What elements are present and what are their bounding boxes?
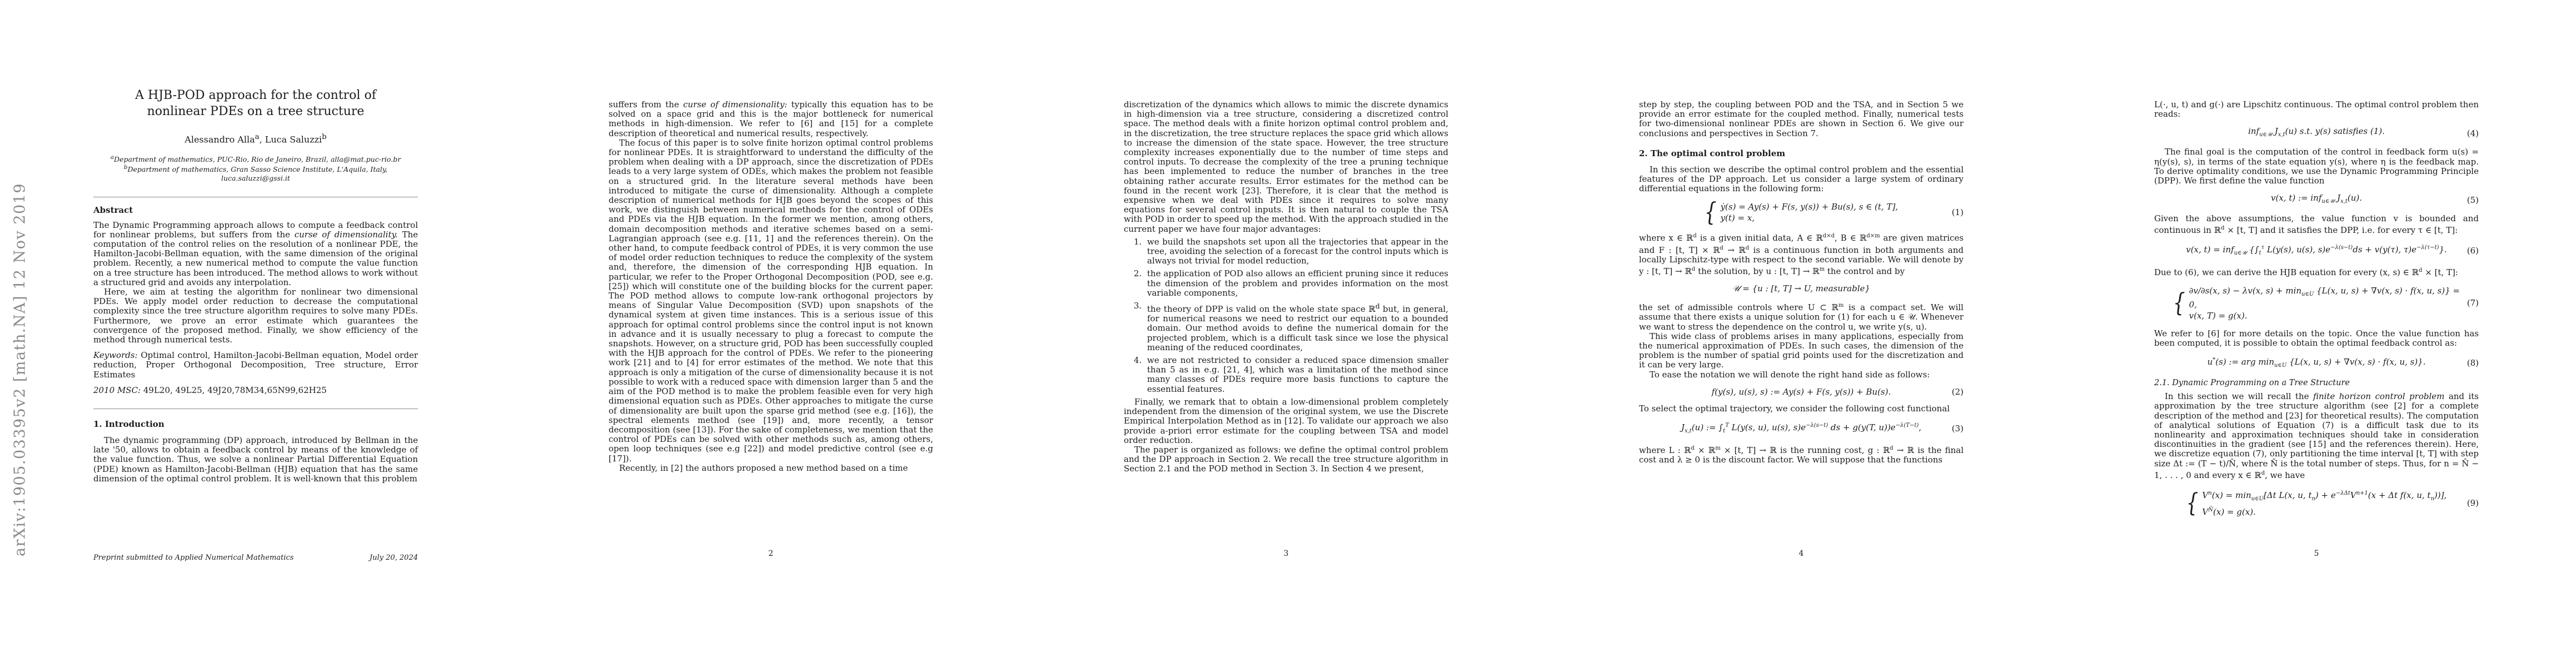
keywords-line: 2010 MSC: 49L20, 49L25, 49J20,78M34,65N9… (93, 386, 418, 395)
equation-number: (8) (2467, 358, 2479, 368)
paragraph: To select the optimal trajectory, we con… (1639, 404, 1964, 414)
paper-title: A HJB-POD approach for the control of no… (133, 88, 378, 120)
list-item: 1.we build the snapshots set upon all th… (1124, 237, 1448, 266)
equation-body: v(x, t) := infu∈𝒰 Jx,t(u). (2271, 193, 2362, 207)
left-brace: { (2173, 296, 2185, 310)
equation-number: (6) (2467, 246, 2479, 256)
author-line: Alessandro Allaa, Luca Saluzzib (93, 133, 418, 145)
equation-cases: {ẏ(s) = Ay(s) + F(s, y(s)) + Bu(s), s ∈ … (1639, 201, 1964, 224)
page-4: step by step, the coupling between POD a… (1546, 0, 2061, 667)
equation: infu∈𝒰 Jx,t(u) s.t. y(s) satisfies (1).(… (2154, 126, 2479, 140)
affiliation-line: bDepartment of mathematics, Gran Sasso S… (93, 164, 418, 174)
equation-line: v(x, T) = g(x). (2189, 311, 2460, 321)
paragraph: The Dynamic Programming approach allows … (93, 221, 418, 287)
page-number: 5 (2154, 549, 2479, 558)
document-canvas: arXiv:1905.03395v2 [math.NA] 12 Nov 2019… (0, 0, 2576, 667)
equation-number: (7) (2467, 298, 2479, 308)
footer-date: July 20, 2024 (370, 554, 418, 562)
equation-body: f(y(s), u(s), s) := Ay(s) + F(s, y(s)) +… (1712, 387, 1891, 397)
list-item-number: 1. (1134, 237, 1142, 247)
paragraph: In this section we describe the optimal … (1639, 165, 1964, 194)
page-3: discretization of the dynamics which all… (1030, 0, 1546, 667)
paragraph: Recently, in [2] the authors proposed a … (609, 464, 933, 473)
paragraph: Finally, we remark that to obtain a low-… (1124, 397, 1448, 445)
equation: 𝒰 = {u : [t, T] → U, measurable} (1639, 283, 1964, 293)
equation-body: infu∈𝒰 Jx,t(u) s.t. y(s) satisfies (1). (2248, 126, 2385, 140)
divider-rule (93, 409, 418, 409)
paragraph: L(·, u, t) and g(·) are Lipschitz contin… (2154, 100, 2479, 119)
equation-line: VN̄(x) = g(x). (2202, 505, 2447, 517)
page-2: suffers from the curse of dimensionality… (515, 0, 1030, 667)
equation: Jx,t(u) := ∫tT L(y(s, u), u(s), s)e−λ(s−… (1639, 421, 1964, 436)
list-item: 3.the theory of DPP is valid on the whol… (1124, 301, 1448, 352)
list-item: 2.the application of POD also allows an … (1124, 269, 1448, 298)
paragraph: where L : ℝd × ℝm × [t, T] → ℝ is the ru… (1639, 444, 1964, 465)
list-item: 4.we are not restricted to consider a re… (1124, 356, 1448, 394)
equation-cases: {Vn(x) = minu∈U[Δt L(x, u, tn) + e−λΔtVn… (2154, 487, 2479, 518)
equation-body: u*(s) := arg minu∈U {L(x, u, s) + ∇v(x, … (2208, 355, 2426, 371)
equation: v(x, t) = infu∈𝒰 {∫tτ L(y(s), u(s), s)e−… (2154, 243, 2479, 258)
footer-journal: Preprint submitted to Applied Numerical … (93, 554, 293, 562)
equation-number: (5) (2467, 195, 2479, 205)
equation: v(x, t) := infu∈𝒰 Jx,t(u).(5) (2154, 193, 2479, 207)
list-item-text: the theory of DPP is valid on the whole … (1147, 304, 1448, 352)
paragraph: where x ∈ ℝd is a given initial data, A … (1639, 231, 1964, 276)
list-item-text: we build the snapshots set upon all the … (1147, 237, 1448, 266)
paragraph: Given the above assumptions, the value f… (2154, 214, 2479, 235)
equation-line: Vn(x) = minu∈U[Δt L(x, u, tn) + e−λΔtVn+… (2202, 489, 2447, 504)
equation-body: 𝒰 = {u : [t, T] → U, measurable} (1732, 283, 1870, 293)
paragraph: The final goal is the computation of the… (2154, 147, 2479, 186)
list-item-number: 2. (1134, 269, 1142, 278)
equation-number: (1) (1952, 207, 1964, 217)
page-number: 2 (609, 549, 933, 558)
arxiv-stamp: arXiv:1905.03395v2 [math.NA] 12 Nov 2019 (12, 183, 29, 556)
paragraph: suffers from the curse of dimensionality… (609, 100, 933, 138)
equation-body: Jx,t(u) := ∫tT L(y(s, u), u(s), s)e−λ(s−… (1681, 421, 1921, 436)
paragraph: The dynamic programming (DP) approach, i… (93, 436, 418, 484)
paragraph: step by step, the coupling between POD a… (1639, 100, 1964, 138)
equation-line: ∂v/∂s(x, s) − λv(x, s) + minu∈U {L(x, u,… (2189, 286, 2460, 310)
paragraph: the set of admissible controls where U ⊂… (1639, 301, 1964, 332)
paragraph: The paper is organized as follows: we de… (1124, 445, 1448, 474)
paragraph: This wide class of problems arises in ma… (1639, 332, 1964, 370)
equation-body: v(x, t) = infu∈𝒰 {∫tτ L(y(s), u(s), s)e−… (2186, 243, 2447, 258)
list-item-text: we are not restricted to consider a redu… (1147, 355, 1448, 394)
page-4-content: step by step, the coupling between POD a… (1639, 100, 1964, 465)
equation-number: (4) (2467, 128, 2479, 138)
affiliation-line: aDepartment of mathematics, PUC-Rio, Rio… (93, 154, 418, 164)
affiliation-line: luca.saluzzi@gssi.it (93, 174, 418, 183)
list-item-number: 4. (1134, 356, 1142, 365)
page-2-content: suffers from the curse of dimensionality… (609, 100, 933, 473)
equation: u*(s) := arg minu∈U {L(x, u, s) + ∇v(x, … (2154, 355, 2479, 371)
divider-rule (93, 197, 418, 197)
page-1-footer: Preprint submitted to Applied Numerical … (93, 554, 418, 562)
equation: f(y(s), u(s), s) := Ay(s) + F(s, y(s)) +… (1639, 387, 1964, 397)
left-brace: { (1705, 206, 1717, 219)
equation-line: y(t) = x, (1721, 213, 1899, 223)
paragraph: discretization of the dynamics which all… (1124, 100, 1448, 234)
left-brace: { (2186, 496, 2199, 509)
equation-number: (2) (1952, 387, 1964, 397)
paragraph: In this section we will recall the finit… (2154, 392, 2479, 480)
paragraph: We refer to [6] for more details on the … (2154, 329, 2479, 348)
page-number: 4 (1639, 549, 1964, 558)
section-heading: 1. Introduction (93, 419, 418, 429)
page-5-content: L(·, u, t) and g(·) are Lipschitz contin… (2154, 100, 2479, 525)
section-heading: 2. The optimal control problem (1639, 148, 1964, 158)
paragraph: The focus of this paper is to solve fini… (609, 138, 933, 464)
paragraph: Due to (6), we can derive the HJB equati… (2154, 266, 2479, 277)
page-3-content: discretization of the dynamics which all… (1124, 100, 1448, 474)
equation-line: ẏ(s) = Ay(s) + F(s, y(s)) + Bu(s), s ∈ (… (1721, 202, 1899, 212)
page-number: 3 (1124, 549, 1448, 558)
list-item-text: the application of POD also allows an ef… (1147, 268, 1448, 297)
paragraph: To ease the notation we will denote the … (1639, 370, 1964, 380)
equation-number: (9) (2467, 498, 2479, 508)
abstract-heading: Abstract (93, 205, 418, 215)
page-5: L(·, u, t) and g(·) are Lipschitz contin… (2061, 0, 2576, 667)
equation-number: (3) (1952, 424, 1964, 434)
equation-cases: {∂v/∂s(x, s) − λv(x, s) + minu∈U {L(x, u… (2154, 285, 2479, 322)
list-item-number: 3. (1134, 301, 1142, 311)
page-1-content: A HJB-POD approach for the control of no… (93, 88, 418, 484)
page-1: arXiv:1905.03395v2 [math.NA] 12 Nov 2019… (0, 0, 515, 667)
keywords-line: Keywords: Optimal control, Hamilton-Jaco… (93, 351, 418, 380)
paragraph: Here, we aim at testing the algorithm fo… (93, 287, 418, 345)
subsection-heading: 2.1. Dynamic Programming on a Tree Struc… (2154, 379, 2479, 387)
